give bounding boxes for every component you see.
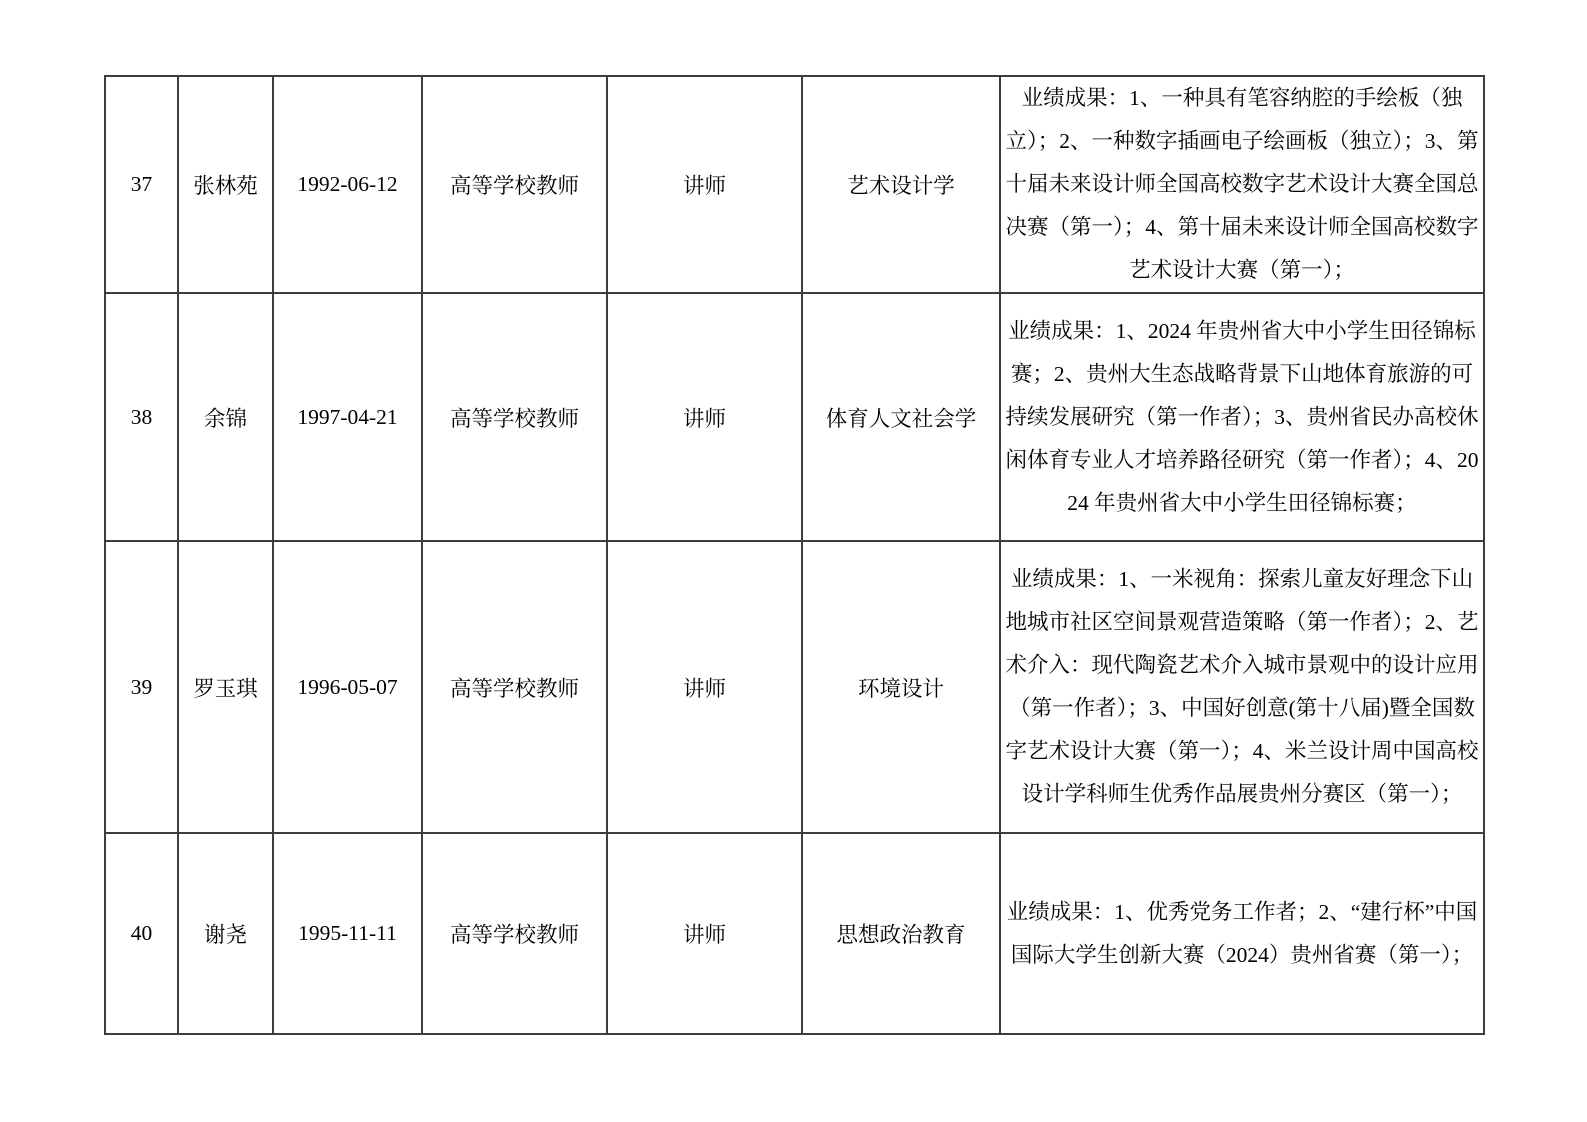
table-row: 39 罗玉琪 1996-05-07 高等学校教师 讲师 环境设计 业绩成果：1、… (105, 541, 1484, 833)
cell-serial-number: 37 (105, 76, 178, 293)
cell-field: 体育人文社会学 (802, 293, 1000, 541)
cell-achievements: 业绩成果：1、一种具有笔容纳腔的手绘板（独立）；2、一种数字插画电子绘画板（独立… (1000, 76, 1484, 293)
cell-occupation: 高等学校教师 (422, 76, 607, 293)
cell-title: 讲师 (607, 541, 802, 833)
cell-birth-date: 1995-11-11 (273, 833, 422, 1034)
cell-name: 张林苑 (178, 76, 273, 293)
cell-occupation: 高等学校教师 (422, 293, 607, 541)
cell-birth-date: 1996-05-07 (273, 541, 422, 833)
cell-occupation: 高等学校教师 (422, 833, 607, 1034)
cell-serial-number: 38 (105, 293, 178, 541)
cell-field: 环境设计 (802, 541, 1000, 833)
table-row: 40 谢尧 1995-11-11 高等学校教师 讲师 思想政治教育 业绩成果：1… (105, 833, 1484, 1034)
cell-name: 余锦 (178, 293, 273, 541)
cell-field: 思想政治教育 (802, 833, 1000, 1034)
cell-achievements: 业绩成果：1、2024 年贵州省大中小学生田径锦标赛；2、贵州大生态战略背景下山… (1000, 293, 1484, 541)
table-row: 38 余锦 1997-04-21 高等学校教师 讲师 体育人文社会学 业绩成果：… (105, 293, 1484, 541)
teachers-table: 37 张林苑 1992-06-12 高等学校教师 讲师 艺术设计学 业绩成果：1… (104, 75, 1485, 1035)
cell-achievements: 业绩成果：1、优秀党务工作者；2、“建行杯”中国国际大学生创新大赛（2024）贵… (1000, 833, 1484, 1034)
cell-title: 讲师 (607, 76, 802, 293)
cell-birth-date: 1992-06-12 (273, 76, 422, 293)
cell-serial-number: 39 (105, 541, 178, 833)
cell-serial-number: 40 (105, 833, 178, 1034)
cell-achievements: 业绩成果：1、一米视角：探索儿童友好理念下山地城市社区空间景观营造策略（第一作者… (1000, 541, 1484, 833)
cell-field: 艺术设计学 (802, 76, 1000, 293)
table-row: 37 张林苑 1992-06-12 高等学校教师 讲师 艺术设计学 业绩成果：1… (105, 76, 1484, 293)
cell-occupation: 高等学校教师 (422, 541, 607, 833)
cell-birth-date: 1997-04-21 (273, 293, 422, 541)
cell-title: 讲师 (607, 293, 802, 541)
cell-name: 罗玉琪 (178, 541, 273, 833)
cell-title: 讲师 (607, 833, 802, 1034)
table-body: 37 张林苑 1992-06-12 高等学校教师 讲师 艺术设计学 业绩成果：1… (105, 76, 1484, 1034)
cell-name: 谢尧 (178, 833, 273, 1034)
document-page: 37 张林苑 1992-06-12 高等学校教师 讲师 艺术设计学 业绩成果：1… (0, 0, 1587, 1122)
